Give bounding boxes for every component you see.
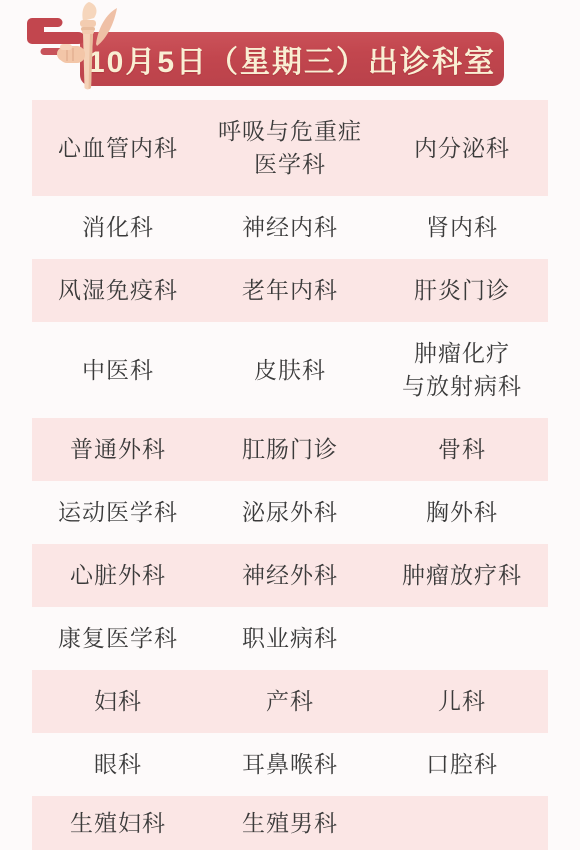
department-cell: 心脏外科 xyxy=(32,559,204,592)
table-row: 妇科 产科 儿科 xyxy=(32,670,548,733)
cloud-icon xyxy=(27,18,85,55)
department-cell: 神经内科 xyxy=(204,211,376,244)
department-schedule-table: 心血管内科 呼吸与危重症 医学科 内分泌科 消化科 神经内科 肾内科 风湿免疫科… xyxy=(32,100,548,850)
table-row: 普通外科 肛肠门诊 骨科 xyxy=(32,418,548,481)
table-row: 心脏外科 神经外科 肿瘤放疗科 xyxy=(32,544,548,607)
department-cell: 职业病科 xyxy=(204,622,376,655)
department-cell: 泌尿外科 xyxy=(204,496,376,529)
table-row: 中医科 皮肤科 肿瘤化疗 与放射病科 xyxy=(32,322,548,418)
department-cell: 中医科 xyxy=(32,354,204,387)
department-cell: 皮肤科 xyxy=(204,354,376,387)
department-cell: 肝炎门诊 xyxy=(376,274,548,307)
department-cell: 儿科 xyxy=(376,685,548,718)
department-cell: 消化科 xyxy=(32,211,204,244)
department-cell: 老年内科 xyxy=(204,274,376,307)
department-cell: 口腔科 xyxy=(376,748,548,781)
department-cell: 生殖男科 xyxy=(204,807,376,840)
department-cell: 肿瘤放疗科 xyxy=(376,559,548,592)
table-row: 眼科 耳鼻喉科 口腔科 xyxy=(32,733,548,796)
department-cell: 风湿免疫科 xyxy=(32,274,204,307)
table-row: 心血管内科 呼吸与危重症 医学科 内分泌科 xyxy=(32,100,548,196)
table-row: 生殖妇科 生殖男科 xyxy=(32,796,548,850)
table-row: 康复医学科 职业病科 xyxy=(32,607,548,670)
department-cell: 普通外科 xyxy=(32,433,204,466)
poster-canvas: 10月5日（星期三）出诊科室 心血管内科 xyxy=(0,0,580,850)
department-cell: 康复医学科 xyxy=(32,622,204,655)
department-cell: 耳鼻喉科 xyxy=(204,748,376,781)
department-cell: 骨科 xyxy=(376,433,548,466)
department-cell: 生殖妇科 xyxy=(32,807,204,840)
department-cell: 妇科 xyxy=(32,685,204,718)
department-cell: 肿瘤化疗 与放射病科 xyxy=(376,337,548,403)
department-cell: 肾内科 xyxy=(376,211,548,244)
table-row: 风湿免疫科 老年内科 肝炎门诊 xyxy=(32,259,548,322)
department-cell: 眼科 xyxy=(32,748,204,781)
department-cell: 产科 xyxy=(204,685,376,718)
department-cell: 胸外科 xyxy=(376,496,548,529)
department-cell: 肛肠门诊 xyxy=(204,433,376,466)
department-cell: 呼吸与危重症 医学科 xyxy=(204,115,376,181)
page-title: 10月5日（星期三）出诊科室 xyxy=(88,37,496,81)
department-cell: 心血管内科 xyxy=(32,132,204,165)
department-cell: 神经外科 xyxy=(204,559,376,592)
department-cell: 内分泌科 xyxy=(376,132,548,165)
department-cell: 运动医学科 xyxy=(32,496,204,529)
table-row: 运动医学科 泌尿外科 胸外科 xyxy=(32,481,548,544)
header-banner: 10月5日（星期三）出诊科室 xyxy=(80,32,504,86)
table-row: 消化科 神经内科 肾内科 xyxy=(32,196,548,259)
